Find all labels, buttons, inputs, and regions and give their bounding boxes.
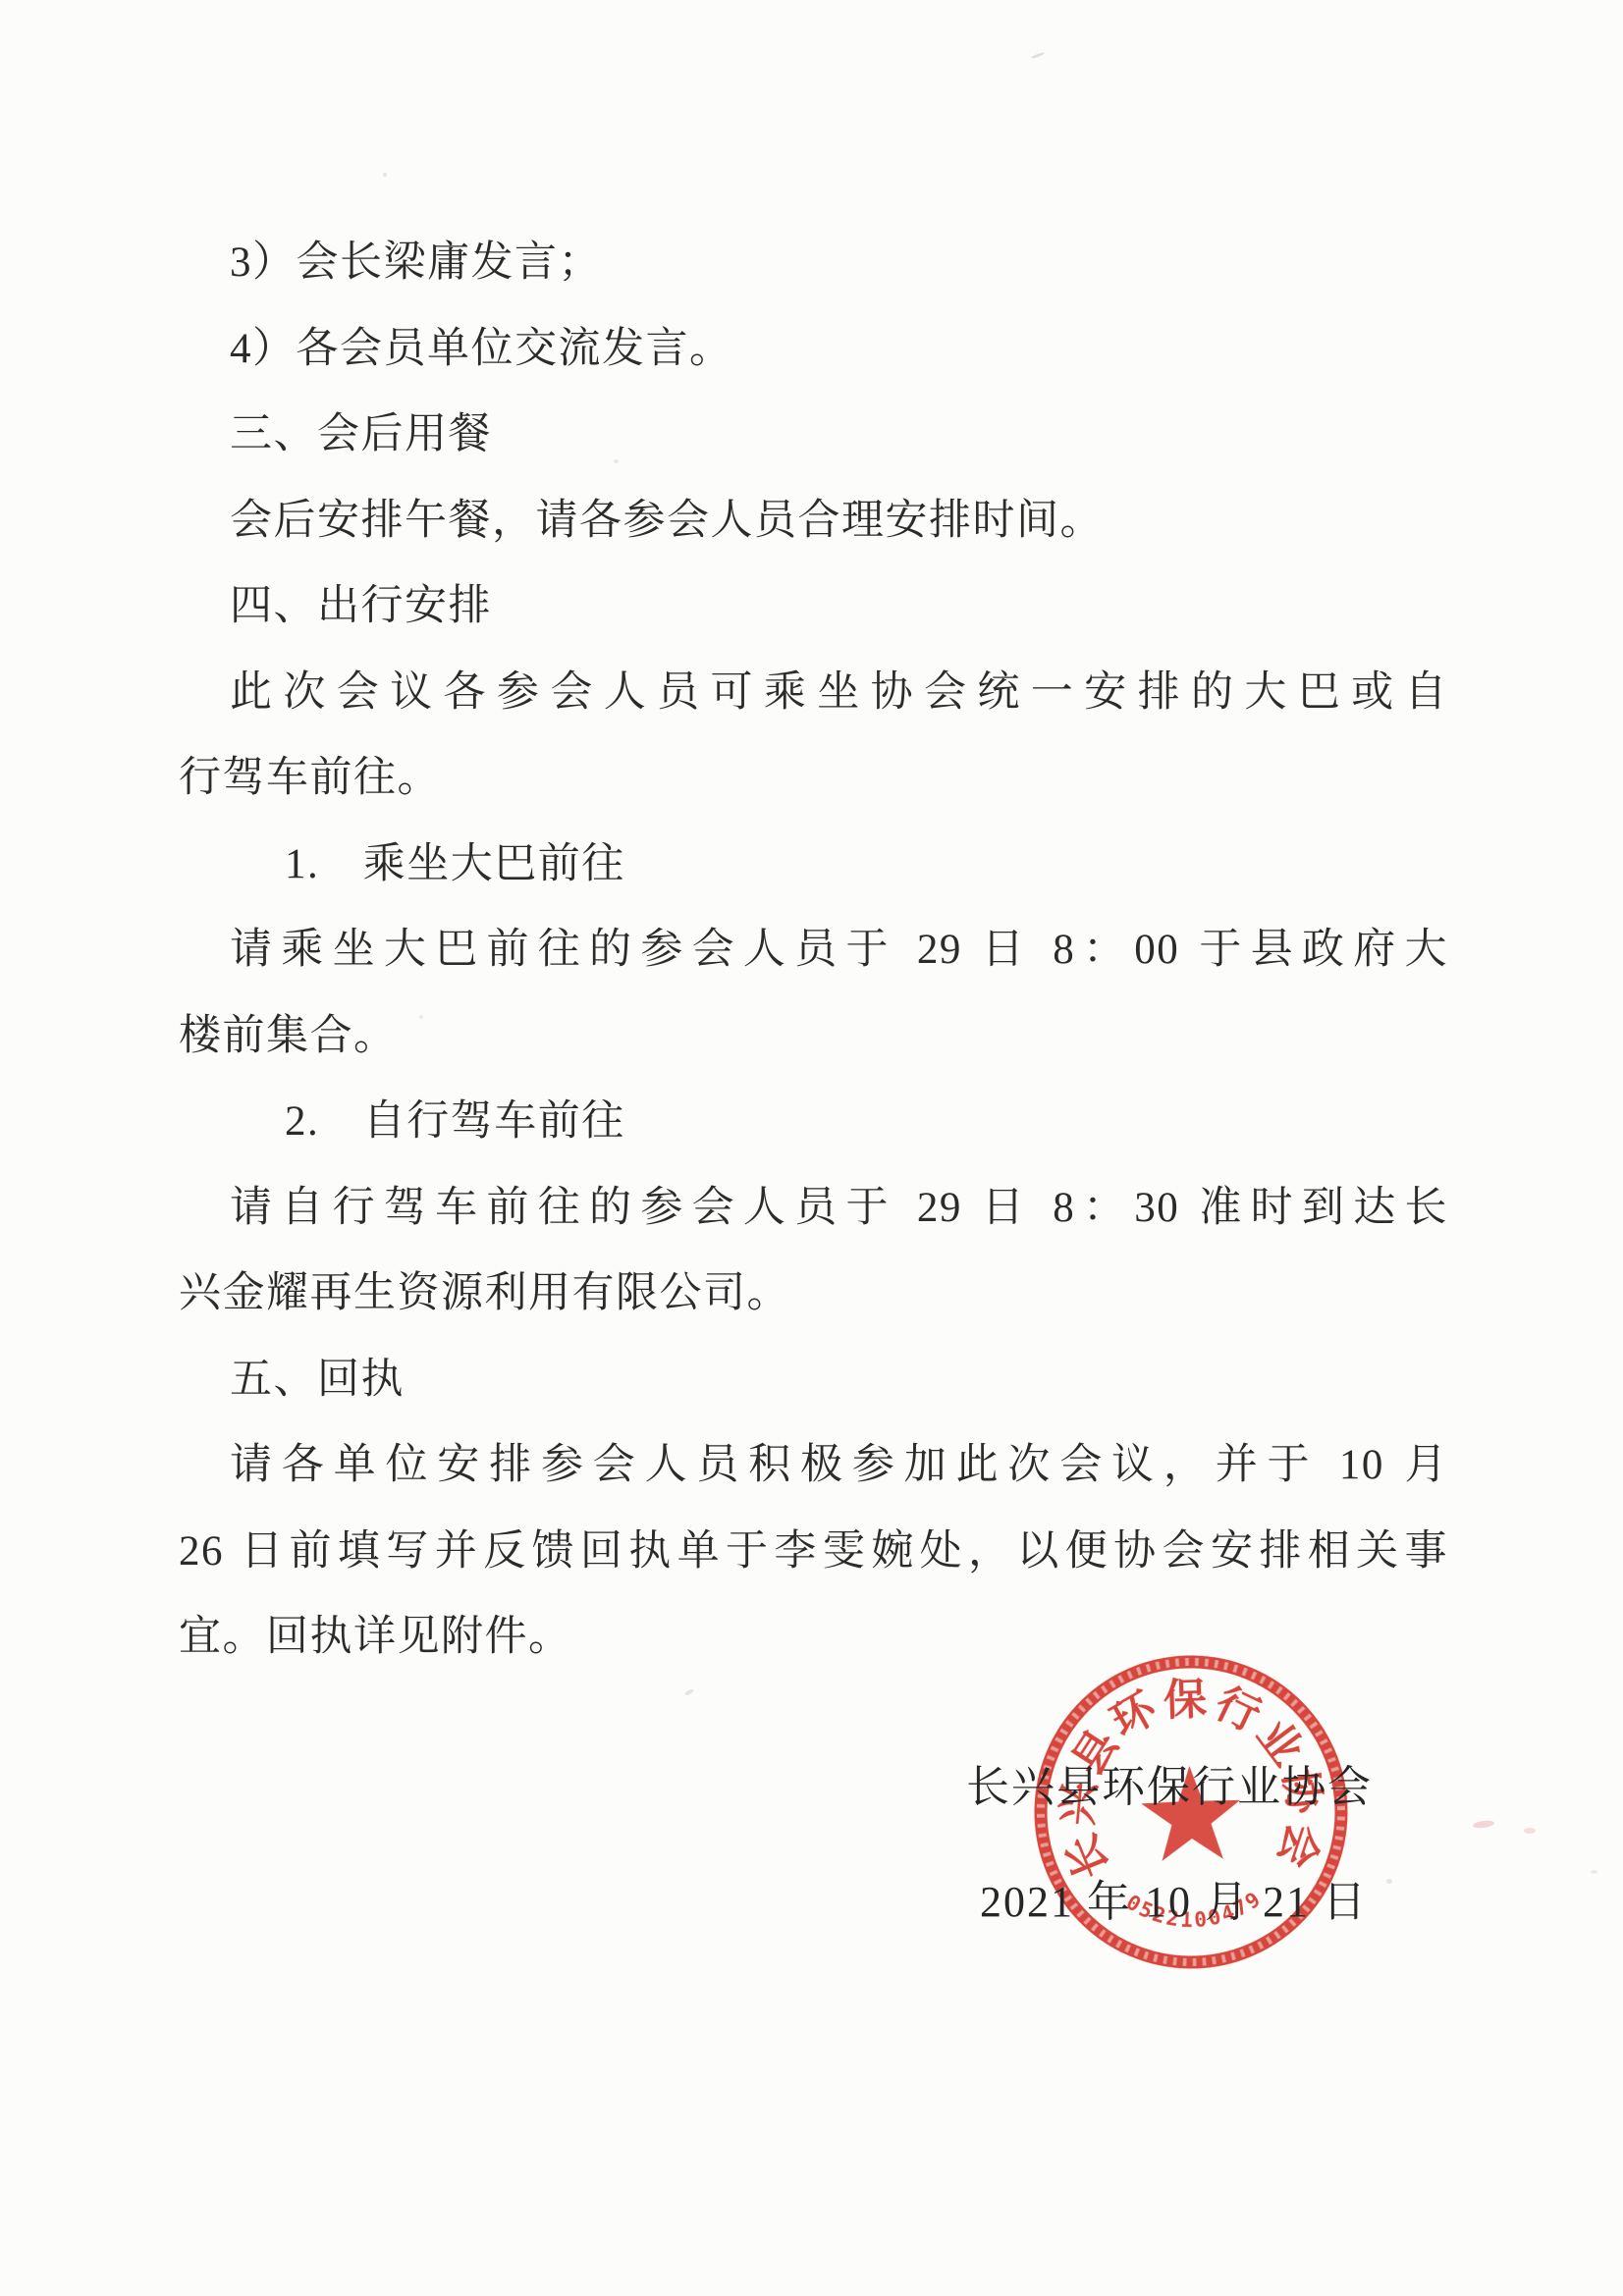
scan-artifact (1473, 1820, 1495, 1830)
scan-artifact (1031, 52, 1045, 60)
signature-date: 2021 年 10 月 21 日 (980, 1866, 1368, 1929)
body-line: 三、会后用餐 (179, 410, 1448, 458)
body-line: 2. 自行驾车前往 (179, 1097, 1448, 1146)
scan-artifact (1524, 1828, 1536, 1834)
scan-artifact (1386, 1879, 1392, 1884)
body-line: 4）各会员单位交流发言。 (179, 325, 1448, 373)
body-line: 请自行驾车前往的参会人员于 29 日 8：30 准时到达长 (179, 1184, 1448, 1232)
body-line: 兴金耀再生资源利用有限公司。 (179, 1269, 1448, 1317)
scanned-document-page: 3）会长梁庸发言； 4）各会员单位交流发言。 三、会后用餐 会后安排午餐，请各参… (0, 0, 1623, 2296)
body-line: 五、回执 (179, 1356, 1448, 1404)
body-line: 行驾车前往。 (179, 754, 1448, 802)
body-line: 四、出行安排 (179, 582, 1448, 630)
body-line: 请乘坐大巴前往的参会人员于 29 日 8：00 于县政府大 (179, 926, 1448, 974)
scan-artifact (1591, 1870, 1597, 1874)
scan-artifact (614, 459, 619, 463)
body-line: 楼前集合。 (179, 1012, 1448, 1060)
scan-artifact (684, 1688, 695, 1696)
body-line: 请各单位安排参会人员积极参加此次会议，并于 10 月 (179, 1441, 1448, 1489)
body-line: 会后安排午餐，请各参会人员合理安排时间。 (179, 497, 1448, 545)
body-line: 1. 乘坐大巴前往 (179, 840, 1448, 888)
scan-artifact (383, 173, 387, 177)
body-line: 26 日前填写并反馈回执单于李雯婉处，以便协会安排相关事 (179, 1527, 1448, 1575)
body-line: 此次会议各参会人员可乘坐协会统一安排的大巴或自 (179, 668, 1448, 717)
signature-organization: 长兴县环保行业协会 (966, 1751, 1373, 1814)
body-line: 3）会长梁庸发言； (179, 239, 1448, 287)
